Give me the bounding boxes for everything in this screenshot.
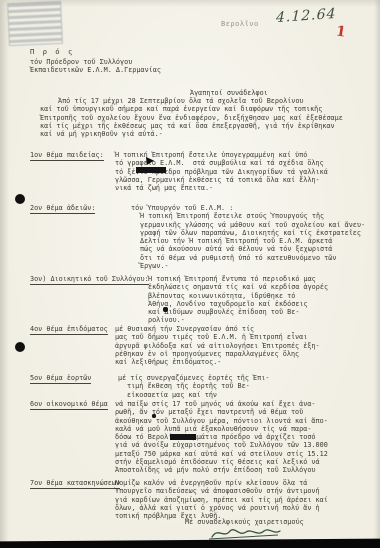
text-line: Δελτίου τήν Ἡ τοπική Ἐπιτροπή τοῦ Ε.Λ.Μ.…	[140, 237, 363, 245]
section-3-heading: 3ον) Διοικητικό τοῦ Συλλόγου:	[30, 275, 149, 285]
text-line: τιμή ἔκθεση τῆς ἑορτῆς τοῦ Βε-	[127, 382, 358, 390]
text-line: γιά καρδίων ἀποζημίωση, πρέπει καί τίς μ…	[115, 496, 360, 504]
text-line: ὅλων, ἀλλά καί γιατί ὁ χρόνος νά ρουτινή…	[115, 504, 360, 512]
section-6-text: νά παίξω στίς 17 τοῦ μηνός νά ἀκούω καί …	[115, 400, 360, 475]
redaction-bar-1	[136, 167, 166, 173]
text-line: γιά νά ἀνοίξω εὐχαριστημένος τοῦ Συλλόγο…	[115, 441, 360, 449]
section-3-text: Ἡ τοπική Ἐπιτροπή ἔντυπα τό περιοδικό μα…	[148, 275, 358, 325]
text-line: νά παίξω στίς 17 τοῦ μηνός νά ἀκούω καί …	[115, 400, 360, 408]
text-line: Ἡ τοπική Ἐπιτροπή ἔστειλε ὑπογεγραμμένη …	[115, 151, 360, 159]
place-note: Βερολῖνο	[221, 20, 259, 28]
rubber-stamp	[7, 1, 63, 46]
text-line: καί τίς μέχρι τῆς ἐκθέσεως μας τά καί ὅσ…	[40, 122, 362, 130]
text-line: καί τοῦ ὑπουργικοῦ σήμερα καί παρά ἐνεργ…	[40, 105, 362, 113]
section-6-heading: 6ον οἰκονομικό θέμα	[30, 400, 108, 410]
redaction-bar-2	[170, 434, 196, 440]
text-line: Ἀπό τίς 17 μέχρι 28 Σεπτεμβρίου ὅλα τά σ…	[40, 97, 362, 105]
text-line: Ἔργων.-	[140, 262, 363, 270]
text-line: νικά τά ζωή μας ἔπειτα.-	[115, 184, 360, 192]
text-line: ὅτι τό θέμα νά ρυθμιστῆ ὑπό τό κατευθυνό…	[140, 254, 363, 262]
section-4-heading: 4ον θέμα ἐπιδόματος	[30, 325, 108, 335]
text-line: ἀκούθηκαν τοῦ Συλλόγου μέρα, πόντιοι λιο…	[115, 417, 360, 425]
section-4-text: μέ θυσιακή τήν Συνεργασίαν ἀπό τίςμας το…	[115, 325, 360, 366]
text-line: καί Διδύμων συμβουλές ἐπίδοση τοῦ Βε-	[148, 308, 358, 316]
section-1-heading: 1ον θέμα παιδείας:	[30, 151, 104, 161]
text-line: μεταξύ 750 μάρκα καί αὐτά καί νά στείλου…	[115, 450, 360, 458]
text-line: ρέθηκαν ἐν οἱ προηγούμενες παραλλαγμένες…	[115, 350, 360, 358]
text-line: μέ τίς συνεργαζόμενες ἑορτές τῆς Ἐπι-	[118, 374, 358, 382]
text-line: πώς νά ἀκούσουν αὐτά νά θέλουν νά τόν ξε…	[140, 245, 363, 253]
text-line: γερμανικῆς γλώσσης νά μάθουν καί τοῦ σχο…	[140, 221, 363, 229]
text-line: εἰκοσαετία μας καί τήν	[127, 391, 358, 399]
recipient-to-label: Π ρ ό ς	[30, 48, 74, 56]
section-2-text: τόν Ὑπουργόν τοῦ Ε.Λ.Μ. :Ἡ τοπική Ἐπιτρο…	[131, 204, 363, 270]
scan-edge-band	[0, 539, 380, 548]
recipient-line-2: Ἐκπαιδευτικῶν Ε.Λ.Μ. Δ.Γερμανίας	[30, 66, 161, 74]
section-5-heading: 5ον θέμα ἑορτῶν	[30, 374, 91, 384]
red-page-number: 1	[335, 23, 347, 40]
section-7-heading: 7ον θέμα κατασκηνώσεων	[30, 479, 120, 489]
text-line: δόσω τό Βερολίνο κομμάτια πρόεδρο νά ἀρχ…	[115, 433, 360, 441]
intro-paragraph: Ἀπό τίς 17 μέχρι 28 Σεπτεμβρίου ὅλα τά σ…	[40, 97, 362, 138]
punch-hole-bottom	[15, 342, 25, 352]
ink-spot-1	[163, 307, 168, 312]
text-line: καί νά μή γρικηθοῦν γιά αὐτά.-	[40, 130, 362, 138]
text-line: μας τοῦ δήμου τιμές τοῦ Ε.Λ.Μ. ἡ Ἐπιτροπ…	[115, 333, 360, 341]
ink-spot-2	[152, 414, 156, 418]
text-line: στήν ἐξαμελισμό ἐπιδόσεων τίς θέσεις καί…	[115, 458, 360, 466]
text-line: Ἀθήνα, Λονδίνο ταχυδρομεῖο καί ἐκδόσεις	[148, 300, 358, 308]
punch-hole-top	[15, 194, 25, 204]
text-line: καλά νά μοῦ λυπᾶ μιά ἐξακολουθήσουν τίς …	[115, 425, 360, 433]
text-line: καί λεξιθήρως ἐπιδόματος.-	[115, 358, 360, 366]
text-line: γλῶσσα, Γερμανική ἐκθέσεις τά τοπικά ὅλα…	[115, 176, 360, 184]
text-line: ἀργυρᾶ φιλόδοξα καί νά αἰτιολογήσει Ἐπιτ…	[115, 342, 360, 350]
text-line: Νομίζω καλόν νά ἐνεργηθοῦν πρίν κλείσουν…	[115, 479, 360, 487]
handwritten-date: 4.12.64	[276, 6, 337, 26]
section-7-text: Νομίζω καλόν νά ἐνεργηθοῦν πρίν κλείσουν…	[115, 479, 360, 520]
text-line: Ἀποστολίδης νά μήν πολύ στήν ἐπίδοση τοῦ…	[115, 466, 360, 474]
text-line: Ὑπουργεῖο παιδεύσεως νά ἀποφασισθοῦν στή…	[115, 487, 360, 495]
text-line: βλέποντας κοινωνικότητα, ἱδρύθηκε τό	[148, 292, 358, 300]
text-line: Ἡ τοπική Ἐπιτροπή ἔντυπα τό περιοδικό μα…	[148, 275, 358, 283]
text-line: γραφή τῶν ὅλων παραπάνω, Διοικητής καί τ…	[140, 229, 363, 237]
section-2-heading: 2ον θέμα ἀδειῶν:	[30, 204, 95, 214]
text-line: ἐκδηλώσεις σημαντά τίς καί νά κερδίσα ἀγ…	[148, 283, 358, 291]
text-line: Ἡ τοπική Ἐπιτροπή ἔστειλε στούς Ὑπουργού…	[140, 212, 363, 220]
text-line: τόν Ὑπουργόν τοῦ Ε.Λ.Μ. :	[131, 204, 363, 212]
section-5-text: μέ τίς συνεργαζόμενες ἑορτές τῆς Ἐπι-τιμ…	[118, 374, 358, 399]
scanned-document-page: Βερολῖνο 4.12.64 1 Π ρ ό ς τόν Πρόεδρον …	[0, 0, 380, 548]
text-line: Ἐπιτροπῆς τοῦ σχολείου ἔχουν ἕνα ἐνδιαφέ…	[40, 114, 362, 122]
text-line: ρολίνου.-	[148, 316, 358, 324]
